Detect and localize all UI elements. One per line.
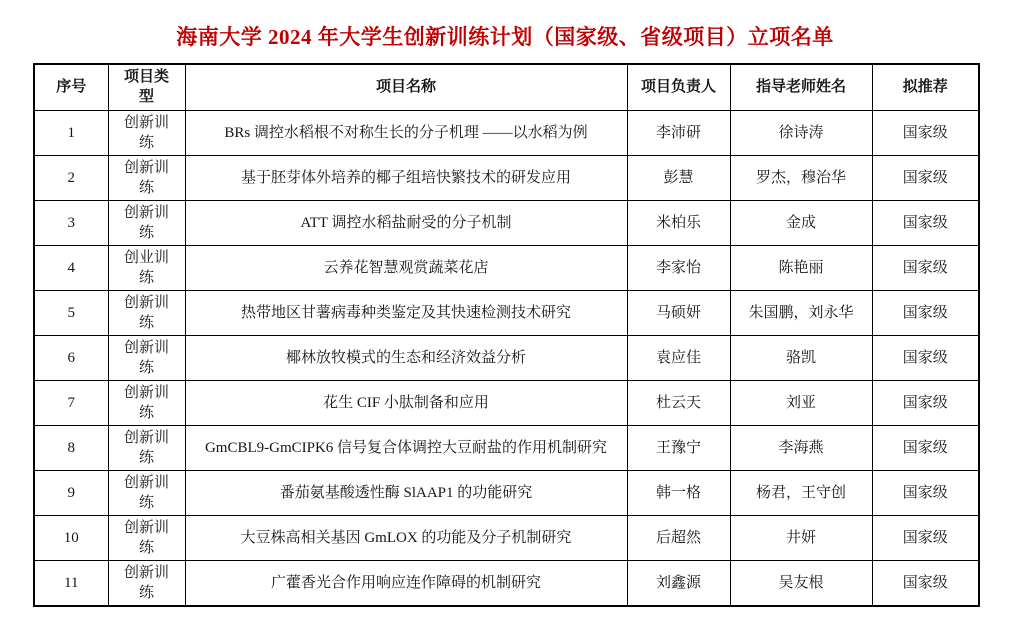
cell-no: 6 xyxy=(34,335,108,380)
col-header-leader: 项目负责人 xyxy=(627,64,730,110)
cell-type: 创新训练 xyxy=(108,470,185,515)
cell-no: 9 xyxy=(34,470,108,515)
cell-type: 创业训练 xyxy=(108,245,185,290)
table-row: 4 创业训练 云养花智慧观赏蔬菜花店 李家怡 陈艳丽 国家级 xyxy=(34,245,979,290)
cell-advisor: 刘亚 xyxy=(730,380,872,425)
cell-type: 创新训练 xyxy=(108,560,185,606)
cell-advisor: 杨君，王守创 xyxy=(730,470,872,515)
cell-advisor: 骆凯 xyxy=(730,335,872,380)
cell-type: 创新训练 xyxy=(108,335,185,380)
cell-leader: 韩一格 xyxy=(627,470,730,515)
col-header-no: 序号 xyxy=(34,64,108,110)
cell-name: ATT 调控水稻盐耐受的分子机制 xyxy=(185,200,627,245)
cell-level: 国家级 xyxy=(872,560,979,606)
cell-name: 大豆株高相关基因 GmLOX 的功能及分子机制研究 xyxy=(185,515,627,560)
cell-advisor: 徐诗涛 xyxy=(730,110,872,155)
cell-leader: 彭慧 xyxy=(627,155,730,200)
project-table: 序号 项目类型 项目名称 项目负责人 指导老师姓名 拟推荐 1 创新训练 BRs… xyxy=(33,63,980,607)
cell-leader: 马硕妍 xyxy=(627,290,730,335)
cell-name: BRs 调控水稻根不对称生长的分子机理 ——以水稻为例 xyxy=(185,110,627,155)
col-header-level: 拟推荐 xyxy=(872,64,979,110)
cell-no: 2 xyxy=(34,155,108,200)
table-row: 6 创新训练 椰林放牧模式的生态和经济效益分析 袁应佳 骆凯 国家级 xyxy=(34,335,979,380)
cell-no: 3 xyxy=(34,200,108,245)
cell-name: 热带地区甘薯病毒种类鉴定及其快速检测技术研究 xyxy=(185,290,627,335)
cell-type: 创新训练 xyxy=(108,155,185,200)
cell-type: 创新训练 xyxy=(108,290,185,335)
cell-level: 国家级 xyxy=(872,380,979,425)
cell-name: GmCBL9-GmCIPK6 信号复合体调控大豆耐盐的作用机制研究 xyxy=(185,425,627,470)
cell-type: 创新训练 xyxy=(108,425,185,470)
col-header-name: 项目名称 xyxy=(185,64,627,110)
table-row: 5 创新训练 热带地区甘薯病毒种类鉴定及其快速检测技术研究 马硕妍 朱国鹏，刘永… xyxy=(34,290,979,335)
col-header-advisor: 指导老师姓名 xyxy=(730,64,872,110)
cell-leader: 刘鑫源 xyxy=(627,560,730,606)
table-row: 1 创新训练 BRs 调控水稻根不对称生长的分子机理 ——以水稻为例 李沛研 徐… xyxy=(34,110,979,155)
cell-type: 创新训练 xyxy=(108,110,185,155)
cell-name: 基于胚芽体外培养的椰子组培快繁技术的研发应用 xyxy=(185,155,627,200)
cell-advisor: 井妍 xyxy=(730,515,872,560)
cell-no: 1 xyxy=(34,110,108,155)
cell-type: 创新训练 xyxy=(108,515,185,560)
cell-advisor: 吴友根 xyxy=(730,560,872,606)
page-title: 海南大学 2024 年大学生创新训练计划（国家级、省级项目）立项名单 xyxy=(0,21,1010,51)
cell-level: 国家级 xyxy=(872,290,979,335)
cell-no: 10 xyxy=(34,515,108,560)
cell-leader: 袁应佳 xyxy=(627,335,730,380)
table-row: 3 创新训练 ATT 调控水稻盐耐受的分子机制 米柏乐 金成 国家级 xyxy=(34,200,979,245)
cell-advisor: 金成 xyxy=(730,200,872,245)
cell-level: 国家级 xyxy=(872,245,979,290)
table-row: 9 创新训练 番茄氨基酸透性酶 SlAAP1 的功能研究 韩一格 杨君，王守创 … xyxy=(34,470,979,515)
table-row: 2 创新训练 基于胚芽体外培养的椰子组培快繁技术的研发应用 彭慧 罗杰，穆治华 … xyxy=(34,155,979,200)
table-row: 7 创新训练 花生 CIF 小肽制备和应用 杜云天 刘亚 国家级 xyxy=(34,380,979,425)
table-header-row: 序号 项目类型 项目名称 项目负责人 指导老师姓名 拟推荐 xyxy=(34,64,979,110)
table-row: 8 创新训练 GmCBL9-GmCIPK6 信号复合体调控大豆耐盐的作用机制研究… xyxy=(34,425,979,470)
cell-no: 11 xyxy=(34,560,108,606)
cell-advisor: 陈艳丽 xyxy=(730,245,872,290)
col-header-type: 项目类型 xyxy=(108,64,185,110)
cell-type: 创新训练 xyxy=(108,380,185,425)
cell-leader: 杜云天 xyxy=(627,380,730,425)
cell-name: 椰林放牧模式的生态和经济效益分析 xyxy=(185,335,627,380)
cell-level: 国家级 xyxy=(872,335,979,380)
cell-advisor: 李海燕 xyxy=(730,425,872,470)
cell-level: 国家级 xyxy=(872,155,979,200)
cell-level: 国家级 xyxy=(872,515,979,560)
cell-leader: 米柏乐 xyxy=(627,200,730,245)
cell-name: 番茄氨基酸透性酶 SlAAP1 的功能研究 xyxy=(185,470,627,515)
document-page: 海南大学 2024 年大学生创新训练计划（国家级、省级项目）立项名单 序号 项目… xyxy=(0,0,1010,620)
table-row: 11 创新训练 广藿香光合作用响应连作障碍的机制研究 刘鑫源 吴友根 国家级 xyxy=(34,560,979,606)
cell-leader: 后超然 xyxy=(627,515,730,560)
cell-no: 4 xyxy=(34,245,108,290)
cell-level: 国家级 xyxy=(872,110,979,155)
cell-no: 7 xyxy=(34,380,108,425)
cell-no: 5 xyxy=(34,290,108,335)
cell-leader: 李家怡 xyxy=(627,245,730,290)
cell-name: 广藿香光合作用响应连作障碍的机制研究 xyxy=(185,560,627,606)
cell-name: 云养花智慧观赏蔬菜花店 xyxy=(185,245,627,290)
cell-advisor: 朱国鹏，刘永华 xyxy=(730,290,872,335)
cell-no: 8 xyxy=(34,425,108,470)
cell-leader: 李沛研 xyxy=(627,110,730,155)
cell-type: 创新训练 xyxy=(108,200,185,245)
cell-name: 花生 CIF 小肽制备和应用 xyxy=(185,380,627,425)
cell-level: 国家级 xyxy=(872,425,979,470)
table-row: 10 创新训练 大豆株高相关基因 GmLOX 的功能及分子机制研究 后超然 井妍… xyxy=(34,515,979,560)
cell-leader: 王豫宁 xyxy=(627,425,730,470)
cell-level: 国家级 xyxy=(872,200,979,245)
cell-level: 国家级 xyxy=(872,470,979,515)
cell-advisor: 罗杰，穆治华 xyxy=(730,155,872,200)
